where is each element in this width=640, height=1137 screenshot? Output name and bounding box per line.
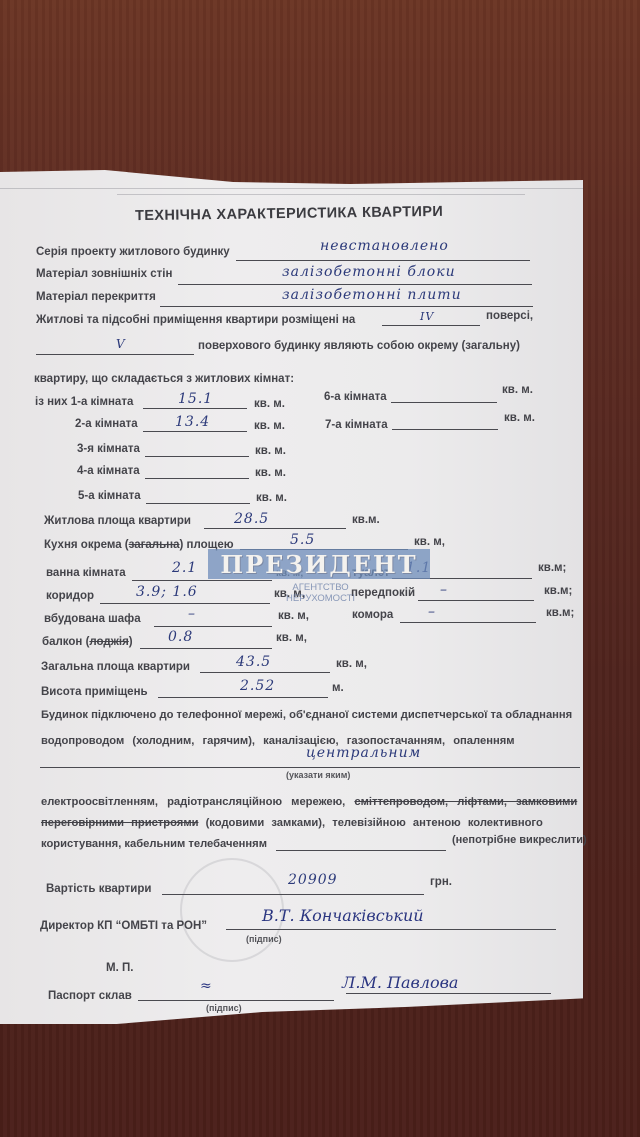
utilities-line-5: користування, кабельним телебаченням	[41, 838, 267, 850]
living-area-value: 28.5	[234, 511, 269, 527]
utilities-line-3: електроосвітленням, радіотрансляційною м…	[41, 796, 577, 808]
compiler-signature-hint: (підпис)	[206, 1003, 242, 1013]
price-unit: грн.	[430, 876, 452, 888]
hallway-value: –	[440, 582, 448, 598]
room-7-label: 7-а кімната	[325, 419, 388, 431]
room-6-label: 6-а кімната	[324, 391, 387, 403]
room-3-label: 3-я кімната	[77, 443, 140, 455]
director-signature-hint: (підпис)	[246, 934, 282, 944]
balcony-value: 0.8	[168, 629, 193, 645]
kitchen-value: 5.5	[290, 532, 315, 548]
agency-watermark: ПРЕЗИДЕНТ	[208, 549, 430, 579]
bathroom-value: 2.1	[172, 560, 197, 576]
room-1-unit: кв. м.	[254, 398, 285, 410]
storeroom-unit: кв.м;	[546, 607, 574, 619]
wardrobe-label: вбудована шафа	[44, 613, 141, 625]
floor-number-value: IV	[420, 310, 434, 323]
building-floors-value: V	[116, 337, 126, 351]
price-label: Вартість квартири	[46, 883, 151, 895]
ceiling-height-value: 2.52	[240, 678, 275, 694]
room-4-label: 4-а кімната	[77, 465, 140, 477]
room-5-label: 5-а кімната	[78, 490, 141, 502]
balcony-label: балкон (лоджія)	[42, 636, 133, 648]
toilet-unit: кв.м;	[538, 562, 566, 574]
strike-out-note: (непотрібне викреслити)	[452, 834, 587, 846]
compiler-label: Паспорт склав	[48, 990, 132, 1002]
building-floors-label: поверхового будинку являють собою окрему…	[198, 340, 520, 352]
floors-material-value: залізобетонні плити	[282, 287, 462, 303]
price-value: 20909	[288, 872, 338, 888]
rooms-intro: квартиру, що складається з житлових кімн…	[34, 373, 294, 385]
storeroom-label: комора	[352, 609, 393, 621]
floor-location-label: Житлові та підсобні приміщення квартири …	[36, 314, 355, 326]
living-area-label: Житлова площа квартири	[44, 515, 191, 527]
room-3-unit: кв. м.	[255, 445, 286, 457]
corridor-label: коридор	[46, 590, 94, 602]
room-2-label: 2-а кімната	[75, 418, 138, 430]
ceiling-height-label: Висота приміщень	[41, 686, 148, 698]
heating-type-value: центральним	[306, 745, 421, 761]
watermark-subtitle: АГЕНТСТВО НЕРУХОМОСТІ	[286, 582, 355, 604]
compiler-name: Л.М. Павлова	[342, 973, 458, 992]
total-area-unit: кв. м,	[336, 658, 367, 670]
corridor-value: 3.9; 1.6	[136, 584, 198, 600]
watermark-brand: ПРЕЗИДЕНТ	[220, 550, 417, 579]
bathroom-label: ванна кімната	[46, 567, 126, 579]
room-4-unit: кв. м.	[255, 467, 286, 479]
wardrobe-value: –	[188, 606, 196, 622]
living-area-unit: кв.м.	[352, 514, 380, 526]
project-series-label: Серія проекту житлового будинку	[36, 246, 230, 258]
kitchen-unit: кв. м,	[414, 536, 445, 548]
room-1-label: із них 1-а кімната	[35, 396, 133, 408]
ceiling-height-unit: м.	[332, 682, 344, 694]
balcony-unit: кв. м,	[276, 632, 307, 644]
total-area-label: Загальна площа квартири	[41, 661, 190, 673]
outer-walls-label: Матеріал зовнішніх стін	[36, 268, 172, 280]
utilities-line-2: водопроводом (холодним, гарячим), каналі…	[41, 735, 515, 747]
document-title: ТЕХНІЧНА ХАРАКТЕРИСТИКА КВАРТИРИ	[135, 204, 443, 224]
kitchen-label: Кухня окрема (загальна) площею	[44, 539, 234, 551]
storeroom-value: –	[428, 604, 436, 620]
total-area-value: 43.5	[236, 654, 271, 670]
utilities-line-4: переговірними пристроями (кодовими замка…	[41, 817, 543, 829]
seal-place-label: М. П.	[106, 962, 133, 974]
hallway-unit: кв.м;	[544, 585, 572, 597]
room-6-unit: кв. м.	[502, 384, 533, 396]
room-1-value: 15.1	[178, 391, 213, 407]
room-2-value: 13.4	[175, 414, 210, 430]
heating-hint: (указати яким)	[286, 770, 350, 780]
wardrobe-unit: кв. м,	[278, 610, 309, 622]
utilities-line-1: Будинок підключено до телефонної мережі,…	[41, 709, 572, 721]
room-7-unit: кв. м.	[504, 412, 535, 424]
director-signature: В.Т. Кончаківський	[262, 906, 424, 925]
hallway-label: передпокій	[351, 587, 415, 599]
project-series-value: невстановлено	[320, 238, 449, 254]
director-label: Директор КП “ОМБТІ та РОН”	[40, 920, 207, 932]
room-5-unit: кв. м.	[256, 492, 287, 504]
floors-material-label: Матеріал перекриття	[36, 291, 156, 303]
floor-suffix: поверсі,	[486, 310, 533, 322]
room-2-unit: кв. м.	[254, 420, 285, 432]
compiler-signature-mark: ≈	[200, 978, 212, 994]
outer-walls-value: залізобетонні блоки	[282, 264, 456, 280]
